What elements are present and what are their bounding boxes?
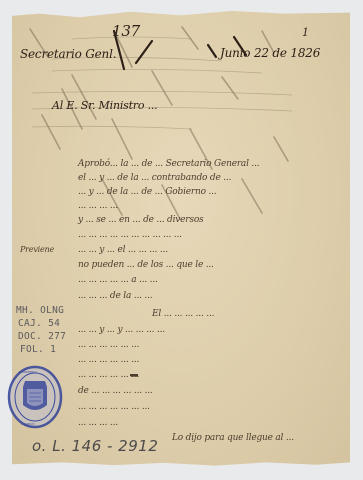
header-right-date: Junio 22 de 1826	[220, 46, 320, 60]
archive-reference-number: o. L. 146 - 2912	[32, 437, 158, 455]
body-line: ... y ... de la ... de ... Gobierno ...	[78, 187, 216, 197]
body-line: y ... se ... en ... de ... diversos	[78, 215, 203, 225]
body-line: ... ... ... de la ... ...	[78, 291, 152, 301]
body-line: el ... y ... de la ... contrabando de ..…	[78, 173, 231, 183]
salutation: Al E. Sr. Ministro ...	[52, 99, 157, 112]
body-line: ... ... y ... y ... ... ... ...	[78, 325, 165, 335]
body-line: ... ... ... ...	[78, 418, 118, 428]
body-line: ... ... y ... el ... ... ... ...	[78, 245, 168, 255]
body-line: ... ... ... ... ... ...	[78, 340, 139, 350]
body-line: de ... ... ... ... ... ...	[78, 386, 153, 396]
svg-text:MINISTERIO: MINISTERIO	[19, 370, 37, 374]
body-line: ... ... ... ...	[78, 201, 118, 211]
body-line: ... ... ... ... ... ...	[78, 355, 139, 365]
body-line: Aprobó... la ... de ... Secretario Gener…	[78, 159, 259, 169]
archive-mark-line: DOC. 277	[18, 331, 66, 342]
archive-mark-line: FOL. 1	[20, 344, 56, 355]
svg-text:ARCHIVO: ARCHIVO	[21, 422, 35, 426]
body-line: no pueden ... de los ... que le ...	[78, 260, 214, 270]
archive-mark-line: CAJ. 54	[18, 318, 60, 329]
body-line: ... ... ... ... ... a ... ...	[78, 275, 158, 285]
body-line: ... ... ... ... ... ... ... ... ... ...	[78, 230, 182, 240]
struck-word: ...	[130, 370, 200, 380]
closing-line: Lo dijo para que llegue al ...	[172, 433, 294, 443]
archive-mark-line: MH. OLNG	[16, 305, 64, 316]
side-note: Previene	[20, 245, 54, 254]
archive-stamp-seal-icon: MINISTERIO ARCHIVO	[7, 365, 63, 429]
header-left: Secretario Genl.	[20, 47, 116, 61]
body-line: ... ... ... ... ... ... ...	[78, 402, 150, 412]
body-line: El ... ... ... ... ...	[152, 309, 214, 319]
